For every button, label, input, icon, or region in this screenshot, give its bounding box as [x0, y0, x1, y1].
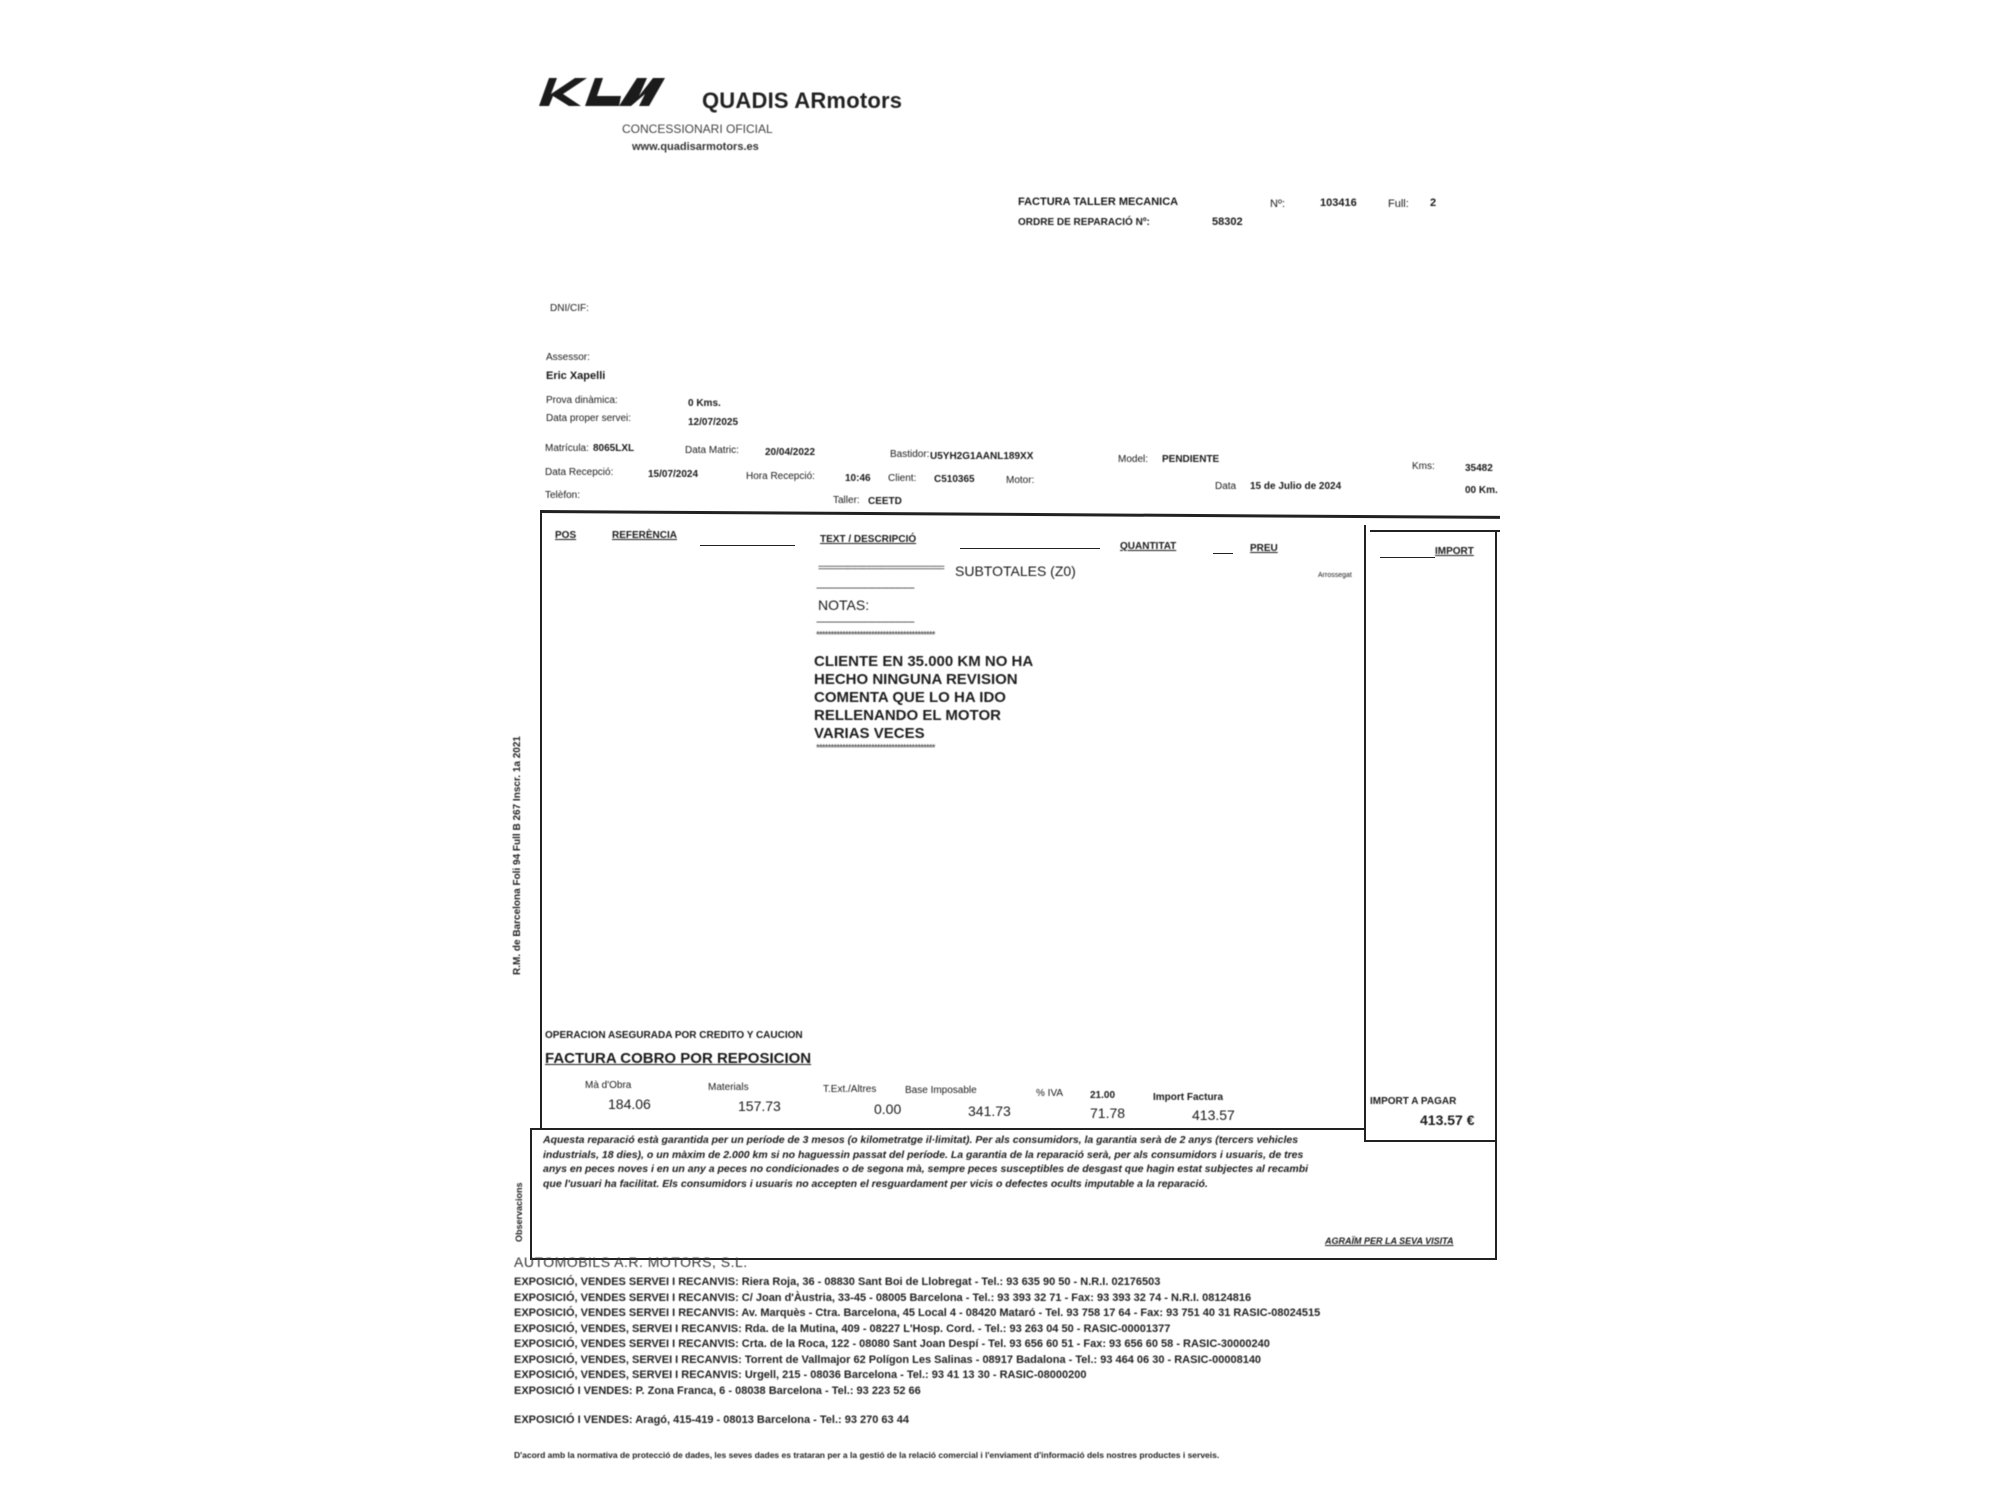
date-label: Data — [1215, 481, 1236, 492]
other-label: T.Ext./Altres — [823, 1084, 876, 1095]
address-line: EXPOSICIÓ, VENDES SERVEI I RECANVIS: Crt… — [514, 1337, 1320, 1353]
phone-label: Telèfon: — [545, 490, 580, 501]
plate-value: 8065LXL — [593, 443, 634, 454]
invoice-total-value: 413.57 — [1192, 1107, 1235, 1123]
pay-value: 413.57 € — [1420, 1112, 1475, 1128]
labour-value: 184.06 — [608, 1096, 651, 1112]
test-drive-value: 0 Kms. — [688, 398, 721, 409]
vat-label: % IVA — [1036, 1088, 1063, 1099]
motor-label: Motor: — [1006, 475, 1034, 486]
privacy-note: D'acord amb la normativa de protecció de… — [514, 1450, 1219, 1460]
reg-date-label: Data Matric: — [685, 445, 739, 456]
company-name: AUTOMOBILS A.R. MOTORS, S.L. — [514, 1254, 748, 1270]
reception-date-value: 15/07/2024 — [648, 469, 698, 480]
repair-order-number: 58302 — [1212, 216, 1243, 228]
notes-label: NOTAS: — [818, 597, 869, 613]
date-value: 15 de Julio de 2024 — [1250, 481, 1341, 492]
invoice-number-label: Nº: — [1270, 198, 1285, 210]
invoice-type: FACTURA TALLER MECANICA — [1018, 196, 1178, 208]
other-value: 0.00 — [874, 1101, 901, 1117]
col-import: IMPORT — [1435, 546, 1474, 557]
notes-text: CLIENTE EN 35.000 KM NO HA HECHO NINGUNA… — [814, 653, 1033, 743]
km-value: 35482 — [1465, 463, 1493, 474]
reception-time-label: Hora Recepció: — [746, 471, 815, 482]
address-line: EXPOSICIÓ, VENDES SERVEI I RECANVIS: C/ … — [514, 1291, 1320, 1307]
col-reference: REFERÈNCIA — [612, 530, 677, 541]
pay-label: IMPORT A PAGAR — [1370, 1096, 1456, 1107]
addresses: EXPOSICIÓ, VENDES SERVEI I RECANVIS: Rie… — [514, 1275, 1320, 1399]
observations-label: Observacions — [514, 1182, 524, 1242]
insured-note: OPERACION ASEGURADA POR CREDITO Y CAUCIO… — [545, 1030, 803, 1041]
invoice-total-label: Import Factura — [1153, 1092, 1223, 1103]
reg-date-value: 20/04/2022 — [765, 447, 815, 458]
test-drive-label: Prova dinàmica: — [546, 395, 618, 406]
next-service-date: 12/07/2025 — [688, 417, 738, 428]
separator: ----------------------------------------… — [816, 617, 914, 628]
materials-label: Materials — [708, 1082, 749, 1093]
separator: ****************************************… — [816, 630, 935, 641]
address-line: EXPOSICIÓ, VENDES, SERVEI I RECANVIS: To… — [514, 1353, 1320, 1369]
model-label: Model: — [1118, 454, 1148, 465]
model-value: PENDIENTE — [1162, 454, 1219, 465]
dni-label: DNI/CIF: — [550, 303, 589, 314]
repair-order-label: ORDRE DE REPARACIÓ Nº: — [1018, 217, 1150, 228]
advisor-label: Assessor: — [546, 352, 590, 363]
base-label: Base Imposable — [905, 1085, 977, 1096]
brand-name: QUADIS ARmotors — [702, 88, 902, 114]
reception-date-label: Data Recepció: — [545, 467, 613, 478]
invoice-page-label: Full: — [1388, 198, 1409, 210]
client-code-value: C510365 — [934, 474, 975, 485]
reception-time-value: 10:46 — [845, 473, 871, 484]
vat-rate: 21.00 — [1090, 1090, 1115, 1101]
next-service-label: Data proper servei: — [546, 413, 631, 424]
client-code-label: Client: — [888, 473, 916, 484]
vin-value: U5YH2G1AANL189XX — [930, 451, 1033, 462]
address-line: EXPOSICIÓ, VENDES SERVEI I RECANVIS: Rie… — [514, 1275, 1320, 1291]
warranty-text: Aquesta reparació està garantida per un … — [543, 1133, 1323, 1191]
invoice-number: 103416 — [1320, 197, 1357, 209]
plate-label: Matrícula: — [545, 443, 589, 454]
separator: ----------------------------------------… — [816, 583, 914, 594]
materials-value: 157.73 — [738, 1098, 781, 1114]
advisor-name: Eric Xapelli — [546, 370, 605, 382]
workshop-label: Taller: — [833, 495, 860, 506]
brand-subtitle: CONCESSIONARI OFICIAL — [622, 122, 773, 136]
invoice-title: FACTURA COBRO POR REPOSICION — [545, 1050, 811, 1067]
col-pos: POS — [555, 530, 576, 541]
last-address: EXPOSICIÓ I VENDES: Aragó, 415-419 - 080… — [514, 1413, 909, 1429]
workshop-value: CEETD — [868, 496, 902, 507]
col-quantity: QUANTITAT — [1120, 541, 1176, 552]
vin-label: Bastidor: — [890, 449, 929, 460]
col-price: PREU — [1250, 543, 1278, 554]
invoice-page: 2 — [1430, 197, 1436, 209]
address-line: EXPOSICIÓ, VENDES, SERVEI I RECANVIS: Rd… — [514, 1322, 1320, 1338]
separator: ****************************************… — [816, 743, 935, 754]
thanks-text: AGRAÏM PER LA SEVA VISITA — [1325, 1236, 1454, 1246]
address-line: EXPOSICIÓ I VENDES: P. Zona Franca, 6 - … — [514, 1384, 1320, 1400]
carry-forward: Arrossegat — [1318, 572, 1352, 579]
labour-label: Mà d'Obra — [585, 1080, 631, 1091]
subtotals-line: SUBTOTALES (Z0) — [955, 563, 1076, 579]
base-value: 341.73 — [968, 1103, 1011, 1119]
subtotal-dash: ========================== — [818, 563, 944, 574]
col-description: TEXT / DESCRIPCIÓ — [820, 534, 916, 545]
brand-website: www.quadisarmotors.es — [632, 141, 759, 153]
km-label: Kms: — [1412, 461, 1435, 472]
registry-info: R.M. de Barcelona Foli 94 Full B 267 Ins… — [512, 736, 523, 975]
address-line: EXPOSICIÓ, VENDES SERVEI I RECANVIS: Av.… — [514, 1306, 1320, 1322]
address-line: EXPOSICIÓ, VENDES, SERVEI I RECANVIS: Ur… — [514, 1368, 1320, 1384]
vat-value: 71.78 — [1090, 1105, 1125, 1121]
kia-logo-icon — [535, 72, 675, 112]
km-unit: 00 Km. — [1465, 485, 1498, 496]
